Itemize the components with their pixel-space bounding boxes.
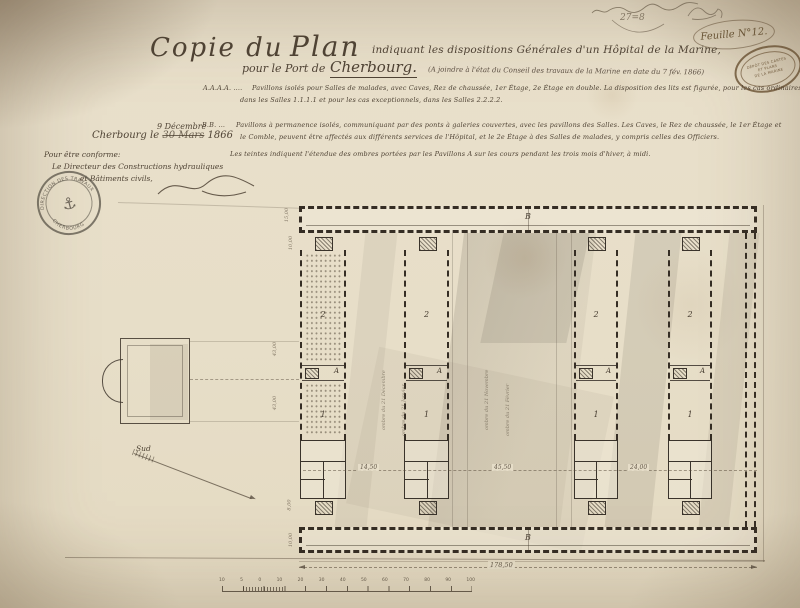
building-inner-line: [306, 545, 750, 546]
scale-tick-label: 40: [340, 578, 346, 583]
conform-line: Pour être conforme:: [44, 150, 120, 159]
scale-tick-label: 0: [258, 578, 261, 583]
scale-bar: 10 5 0 10 20 30 40 50 60 70 80 90 100: [198, 578, 478, 600]
chapel-apse: [102, 359, 123, 403]
bridge-north: [682, 237, 700, 251]
shadow-caption: ombre du 21 Novembre: [484, 370, 490, 430]
ward-label-upper: 2: [302, 310, 344, 319]
scale-tick-label: 70: [403, 578, 409, 583]
bed-grid-upper: [305, 253, 341, 361]
dim-court-1: 14,50: [358, 464, 379, 471]
scale-baseline: [222, 591, 472, 592]
round-anchor-stamp: DIRECTION DES TRAVAUX CHERBOURG ⚓: [26, 160, 112, 246]
shadow-caption: ombre du 21 Février: [505, 384, 511, 436]
ward-label-upper: 2: [576, 310, 616, 319]
pavilion-a-3: 2 A 1: [574, 237, 618, 527]
central-crossing: A: [670, 365, 710, 381]
chapel: [120, 338, 190, 424]
end-wall: [669, 479, 692, 480]
scale-tick-label: 90: [445, 578, 451, 583]
ward-label-lower: 1: [576, 410, 616, 419]
site-boundary-top: [118, 202, 300, 209]
scanned-plan-document: 27=8 Feuille N°12. DÉPÔT DES CARTES ET P…: [0, 0, 800, 608]
avenue-line: [467, 233, 468, 527]
scale-tick-label: 10: [219, 578, 225, 583]
shadow-caption: ombre du 21 Janvier: [401, 384, 407, 436]
axis-link-north: [190, 341, 299, 342]
building-b-north: B: [299, 206, 757, 233]
ward-label-upper: 2: [406, 310, 447, 319]
pavilion-body: 2 A 1: [404, 250, 449, 440]
scale-tick-label: 30: [319, 578, 325, 583]
end-wall: [323, 461, 324, 498]
bridge-north: [419, 237, 437, 251]
building-b-south-label: B: [302, 533, 754, 542]
scale-tick-label: 60: [382, 578, 388, 583]
central-crossing: A: [302, 365, 344, 381]
chapel-inner: [127, 345, 183, 417]
pavilion-body: 2 A 1: [300, 250, 346, 440]
central-crossing: A: [576, 365, 616, 381]
pavilion-body: 2 A 1: [574, 250, 618, 440]
scale-tick-label: 50: [361, 578, 367, 583]
scale-tick-label: 10: [277, 578, 283, 583]
end-wall: [575, 479, 598, 480]
ward-label-lower: 1: [670, 410, 710, 419]
avenue-line: [452, 233, 453, 527]
pencil-scribble-2: [684, 1, 728, 23]
title-line2-pre: pour le Port de: [242, 62, 325, 75]
axis-link-south: [190, 421, 299, 422]
dim-bottom-left-b: 10,00: [288, 533, 294, 547]
stair-block: [409, 368, 423, 379]
stair-block: [673, 368, 687, 379]
pavilion-letter: A: [606, 367, 611, 375]
title-rest: indiquant les dispositions Générales d'u…: [372, 44, 721, 56]
scale-tick-label: 100: [466, 578, 475, 583]
bridge-south: [682, 501, 700, 515]
ward-label-upper: 2: [670, 310, 710, 319]
place-pre: Cherbourg le: [92, 130, 159, 141]
note-aaaa-label: A.A.A.A. ....: [203, 84, 242, 92]
scale-tick-label: 80: [424, 578, 430, 583]
south-arrowhead: [249, 495, 256, 501]
struck-date: 30 Mars: [162, 130, 204, 141]
building-b-south: B: [299, 527, 757, 553]
place-date-line: Cherbourg le 30 Mars 1866: [92, 130, 233, 141]
pavilion-body: 2 A 1: [668, 250, 712, 440]
scale-tick-label: 5: [240, 578, 243, 583]
title-paren: (A joindre à l'état du Conseil des trava…: [428, 66, 704, 77]
central-crossing: A: [406, 365, 447, 381]
note-bb-line1: Pavillons à permanence isolés, communiqu…: [236, 121, 782, 129]
total-dimension-line: [299, 567, 757, 568]
pavilion-letter: A: [334, 367, 339, 375]
east-gallery: [745, 233, 756, 527]
bridge-north: [588, 237, 606, 251]
bridge-south: [315, 501, 333, 515]
end-wall: [690, 461, 691, 498]
dim-left-lower: 43,00: [272, 396, 278, 410]
dim-court-3: 24,00: [628, 464, 649, 471]
dim-arrow-right: [751, 565, 757, 569]
shadow-caption: ombre du 21 Décembre: [381, 370, 387, 430]
dim-top-left-a: 15,00: [284, 208, 290, 222]
bridge-south: [588, 501, 606, 515]
site-boundary-east: [763, 205, 764, 562]
dim-top-left-b: 10,00: [288, 236, 294, 250]
dim-total-width: 178,50: [488, 561, 515, 569]
scale-tick-label: 20: [298, 578, 304, 583]
avenue-line: [571, 233, 572, 527]
dim-left-upper: 43,00: [272, 342, 278, 356]
end-wall: [596, 461, 597, 498]
end-wall: [405, 479, 429, 480]
bed-grid-lower: [305, 383, 341, 435]
pavilion-letter: A: [700, 367, 705, 375]
signature-flourish: [150, 172, 260, 200]
dim-bottom-left-a: 8,00: [287, 499, 293, 510]
year: 1866: [208, 130, 233, 141]
scale-numbers: 10 5 0 10 20 30 40 50 60 70 80 90 100: [219, 578, 475, 583]
sheet-number: Feuille N°12.: [700, 26, 768, 43]
end-wall: [427, 461, 428, 498]
pavilion-letter: A: [437, 367, 442, 375]
note-shadows: Les teintes indiquent l'étendue des ombr…: [230, 150, 651, 158]
building-inner-line: [306, 225, 750, 226]
ward-label-lower: 1: [302, 410, 344, 419]
title-city: Cherbourg.: [330, 58, 417, 78]
ward-label-lower: 1: [406, 410, 447, 419]
svg-text:CHERBOURG: CHERBOURG: [50, 211, 86, 237]
stair-block: [305, 368, 319, 379]
pavilion-a-2: 2 A 1: [404, 237, 449, 527]
pencil-flourish: [608, 16, 668, 36]
terrace-line: [299, 561, 765, 562]
avenue-line: [556, 233, 557, 527]
note-aaaa-line1: Pavillons isolés pour Salles de malades,…: [252, 84, 800, 92]
note-bb-line2: le Comble, peuvent être affectés aux dif…: [240, 133, 719, 141]
note-aaaa-line2: dans les Salles 1.1.1.1 et pour les cas …: [240, 96, 503, 104]
dim-court-2: 45,50: [492, 464, 513, 471]
scale-subdivisions: [243, 587, 284, 591]
end-wall: [301, 479, 325, 480]
bridge-south: [419, 501, 437, 515]
axis-dashed-line: [190, 379, 299, 380]
title-prefix: Copie du: [150, 33, 284, 63]
pavilion-a-4: 2 A 1: [668, 237, 712, 527]
anchor-icon: ⚓: [60, 192, 79, 214]
building-b-north-label: B: [302, 212, 754, 221]
bridge-north: [315, 237, 333, 251]
round-stamp-bottom-text: CHERBOURG: [50, 211, 86, 237]
pavilion-a-1: 2 A 1: [300, 237, 346, 527]
dim-arrow-left: [299, 565, 305, 569]
stair-block: [579, 368, 593, 379]
